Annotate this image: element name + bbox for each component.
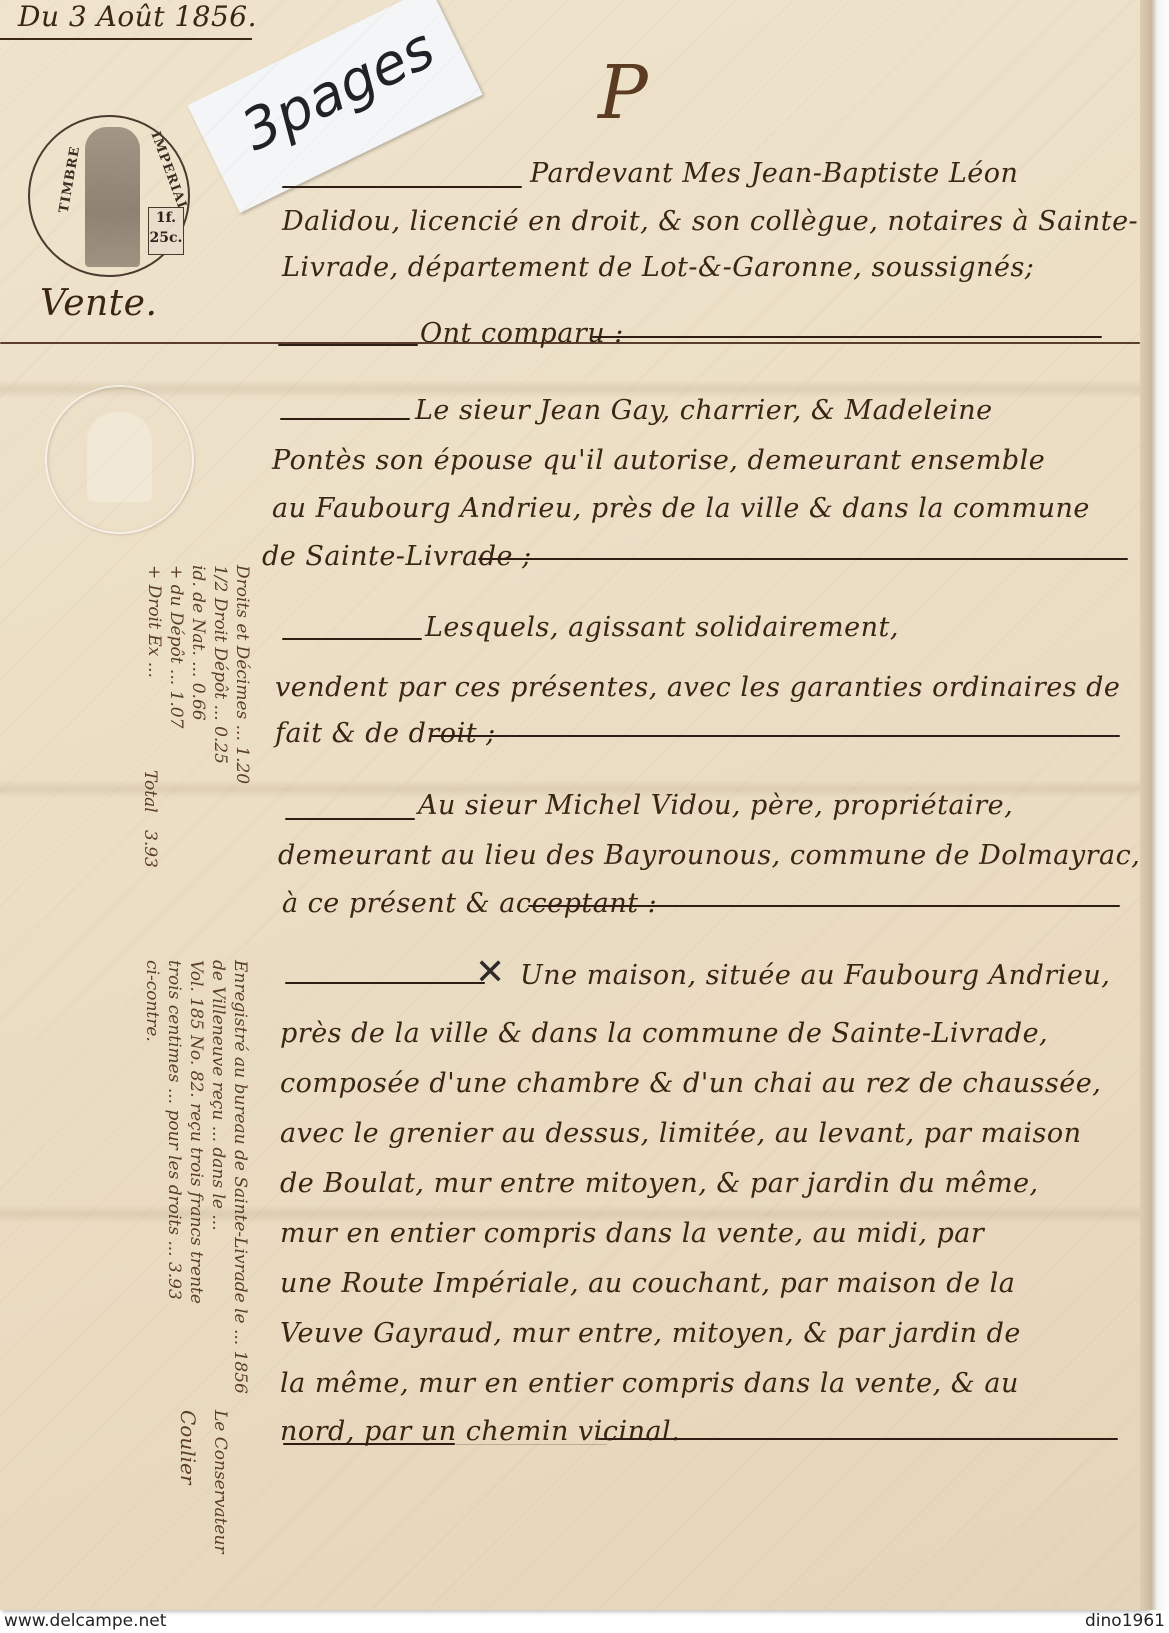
justice-figure-icon <box>85 127 140 267</box>
text-line: de Boulat, mur entre mitoyen, & par jard… <box>280 1168 1039 1199</box>
stamp-value-francs: 1f. <box>149 208 183 228</box>
stamp-value-centimes: 25c. <box>149 228 183 248</box>
page-edge-shadow <box>1140 0 1169 1610</box>
text-line: de Sainte-Livrade ; <box>262 541 532 572</box>
registrar-signature: Coulier <box>176 1410 200 1484</box>
document-page: Du 3 Août 1856. TIMBRE IMPERIAL. 1f. 25c… <box>0 0 1148 1610</box>
stamp-label-right: IMPERIAL. <box>147 130 192 220</box>
text-line: Le sieur Jean Gay, charrier, & Madeleine <box>415 395 993 426</box>
registration-note-5: ci-contre. <box>142 960 162 1042</box>
text-line: près de la ville & dans la commune de Sa… <box>280 1018 1048 1049</box>
paragraph-lead-rule <box>282 186 522 188</box>
text-line: Veuve Gayraud, mur entre, mitoyen, & par… <box>280 1318 1021 1349</box>
stamp-label-left: TIMBRE <box>57 145 84 214</box>
text-line: fait & de droit ; <box>275 718 496 749</box>
text-line: composée d'une chambre & d'un chai au re… <box>280 1068 1101 1099</box>
text-line: au Faubourg Andrieu, près de la ville & … <box>272 493 1090 524</box>
paragraph-end-rule <box>598 1438 1118 1440</box>
text-line: Pardevant Mes Jean-Baptiste Léon <box>530 158 1018 189</box>
registration-note-6: Le Conservateur <box>210 1410 230 1554</box>
margin-note-fees-4: + du Dépôt ... 1.07 <box>166 565 186 728</box>
date-header: Du 3 Août 1856. <box>18 0 257 33</box>
paragraph-lead-rule <box>285 818 415 820</box>
text-line: Une maison, située au Faubourg Andrieu, <box>520 960 1110 991</box>
text-line: Pontès son épouse qu'il autorise, demeur… <box>272 445 1045 476</box>
text-line: une Route Impériale, au couchant, par ma… <box>280 1268 1015 1299</box>
paragraph-end-rule <box>592 336 1102 338</box>
text-line: Dalidou, licencié en droit, & son collèg… <box>282 206 1138 237</box>
text-line: à ce présent & acceptant : <box>282 888 657 919</box>
insertion-mark-icon: ✕ <box>475 952 505 993</box>
margin-note-fees-3: id. de Nat. ... 0.66 <box>188 565 208 721</box>
section-heading-ont-comparu: Ont comparu : <box>420 318 624 349</box>
text-line: Lesquels, agissant solidairement, <box>425 612 899 643</box>
margin-note-fees-2: 1/2 Droit Dépôt ... 0.25 <box>210 565 230 764</box>
text-line: mur en entier compris dans la vente, au … <box>280 1218 984 1249</box>
margin-note-fees-1: Droits et Décimes ... 1.20 <box>232 565 252 784</box>
opening-flourish: P <box>598 50 648 136</box>
closing-rule-faint <box>455 1444 607 1445</box>
registration-note-1: Enregistré au bureau de Sainte-Livrade l… <box>230 960 250 1394</box>
text-line: la même, mur en entier compris dans la v… <box>280 1368 1019 1399</box>
site-watermark: www.delcampe.net <box>4 1611 166 1631</box>
date-underline <box>0 38 252 40</box>
text-line: demeurant au lieu des Bayrounous, commun… <box>278 840 1140 871</box>
text-line: vendent par ces présentes, avec les gara… <box>275 672 1120 703</box>
margin-title: Vente. <box>40 283 157 324</box>
paragraph-lead-rule <box>285 982 485 984</box>
text-line: Livrade, département de Lot-&-Garonne, s… <box>282 252 1034 283</box>
paragraph-lead-rule <box>280 418 410 420</box>
fiscal-stamp-timbre-imperial: TIMBRE IMPERIAL. 1f. 25c. <box>28 115 190 277</box>
text-line: avec le grenier au dessus, limitée, au l… <box>280 1118 1081 1149</box>
registration-note-4: trois centimes ... pour les droits ... 3… <box>164 960 184 1300</box>
stamp-value: 1f. 25c. <box>148 207 184 255</box>
paragraph-lead-rule <box>282 638 422 640</box>
paragraph-end-rule <box>478 558 1128 560</box>
paragraph-lead-rule <box>278 344 418 346</box>
seller-watermark: dino1961 <box>1085 1611 1165 1631</box>
paragraph-end-rule <box>528 905 1120 907</box>
margin-note-total-label: Total <box>140 770 160 813</box>
margin-note-fees-5: + Droit Ex ... <box>144 565 164 678</box>
embossed-eagle-seal-icon <box>45 385 194 534</box>
sticker-note-text: 3pages <box>232 16 444 164</box>
closing-rule <box>283 1443 455 1445</box>
paragraph-end-rule <box>430 735 1120 737</box>
registration-note-2: de Villeneuve reçu ... dans le ... <box>208 960 228 1231</box>
registration-note-3: Vol. 185 No. 82. reçu trois francs trent… <box>186 960 206 1304</box>
text-line: Au sieur Michel Vidou, père, propriétair… <box>418 790 1013 821</box>
margin-note-total-value: 3.93 <box>140 830 160 868</box>
